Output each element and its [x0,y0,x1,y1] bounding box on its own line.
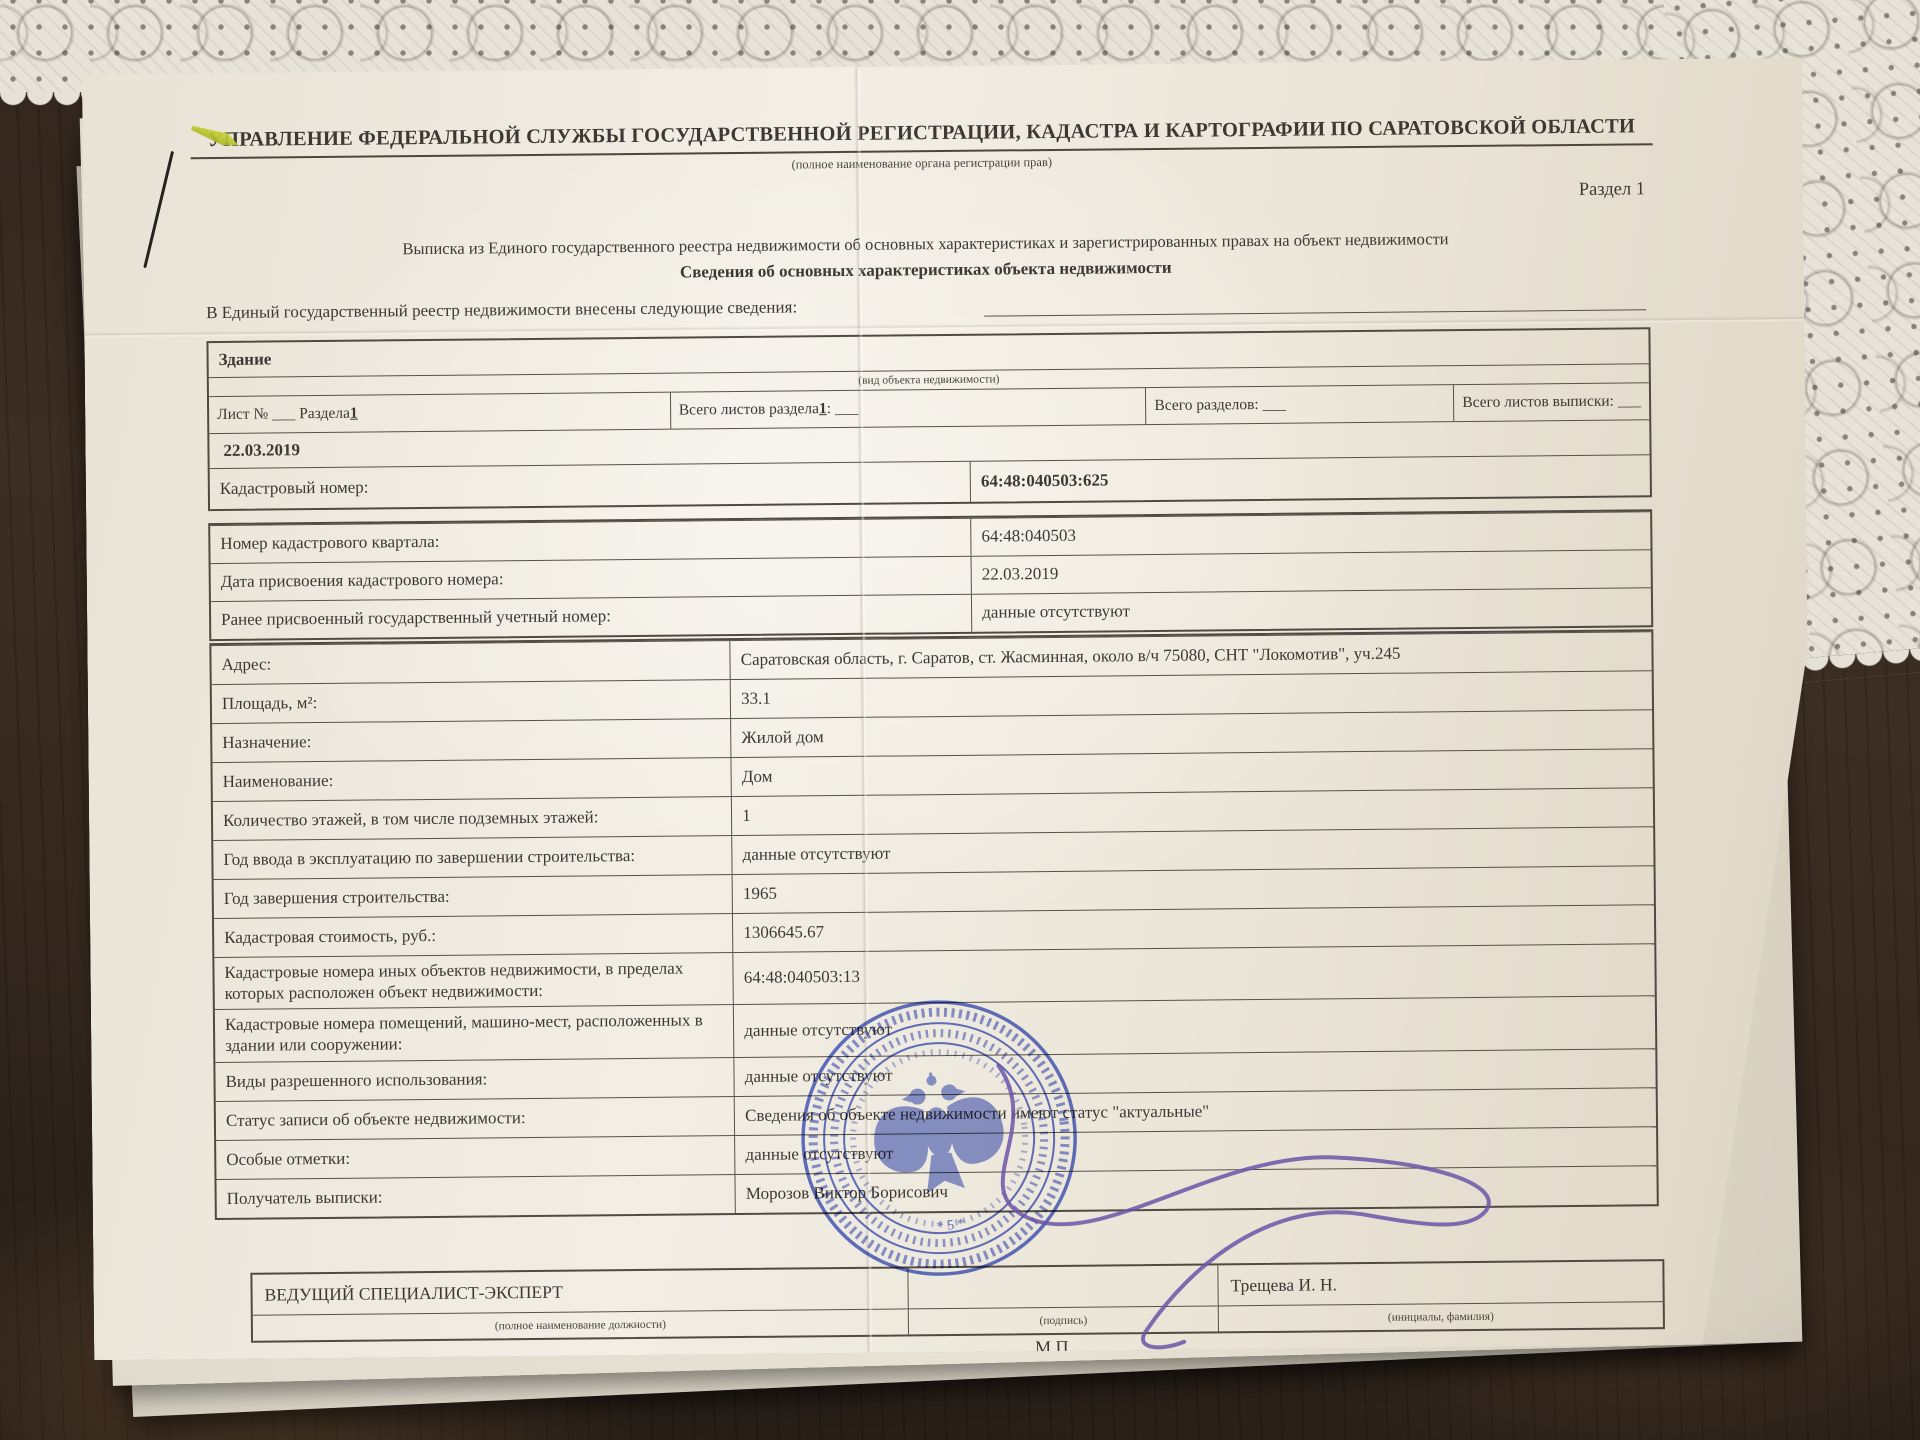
row-value: 22.03.2019 [971,550,1651,594]
sheet-number-text: Лист № ___ Раздела [217,404,350,424]
section-number: 1 [350,404,358,423]
row-label: Получатель выписки: [216,1175,735,1218]
cadastral-number-label: Кадастровый номер: [210,462,971,509]
row-label: Площадь, м²: [212,680,731,723]
intro-text: В Единый государственный реестр недвижим… [206,297,797,323]
row-label: Кадастровые номера иных объектов недвижи… [214,953,733,1009]
sheet-number-cell: Лист № ___ Раздела 1 [209,393,670,433]
row-label: Статус записи об объекте недвижимости: [216,1097,735,1140]
row-label: Год завершения строительства: [214,875,733,918]
sections-total-cell: Всего разделов: ___ [1145,385,1453,424]
row-label: Год ввода в эксплуатацию по завершении с… [213,836,732,879]
cadastral-quarter-table: Номер кадастрового квартала: 64:48:04050… [208,509,1653,641]
photo-of-document: { "document": { "org_name": "УПРАВЛЕНИЕ … [0,0,1920,1440]
official-stamp: * 5 * [771,970,1108,1307]
sheets-total-blank: : ___ [827,399,859,418]
row-value: данные отсутствуют [971,588,1651,632]
row-label: Наименование: [212,758,731,801]
row-label: Особые отметки: [216,1136,735,1179]
ruled-line [984,309,1646,316]
row-label: Кадастровые номера помещений, машино-мес… [215,1006,734,1062]
object-kind: Здание [208,342,281,377]
stamp-bottom-mark: * 5 * [936,1217,966,1236]
row-label: Кадастровая стоимость, руб.: [214,914,733,957]
name-caption: (инициалы, фамилия) [1218,1301,1663,1331]
sheets-total-cell: Всего листов раздела 1 : ___ [670,388,1146,429]
specialist-name: Трещева И. Н. [1217,1261,1662,1305]
row-label: Количество этажей, в том числе подземных… [213,797,732,840]
row-label: Назначение: [212,719,731,762]
extract-sheets-total-cell: Всего листов выписки: ___ [1453,383,1649,421]
sheets-total-text: Всего листов раздела [679,400,819,420]
document-sheet: УПРАВЛЕНИЕ ФЕДЕРАЛЬНОЙ СЛУЖБЫ ГОСУДАРСТВ… [82,58,1814,1360]
row-label: Адрес: [211,641,730,684]
double-headed-eagle-emblem [866,1064,1011,1199]
cadastral-number-value: 64:48:040503:625 [970,455,1650,502]
signature-caption: (подпись) [908,1305,1218,1334]
extract-date: 22.03.2019 [209,433,310,468]
position-caption: (полное наименование должности) [253,1308,908,1340]
object-header-table: Здание (вид объекта недвижимости) Лист №… [206,327,1652,511]
row-label: Номер кадастрового квартала: [210,519,970,563]
sheets-total-number: 1 [819,400,827,419]
row-label: Ранее присвоенный государственный учетны… [211,595,971,639]
row-label: Виды разрешенного использования: [215,1058,734,1101]
section-label: Раздел 1 [205,179,1645,214]
row-value: 64:48:040503 [970,512,1650,556]
pen-mark [143,151,174,268]
row-label: Дата присвоения кадастрового номера: [211,557,971,601]
